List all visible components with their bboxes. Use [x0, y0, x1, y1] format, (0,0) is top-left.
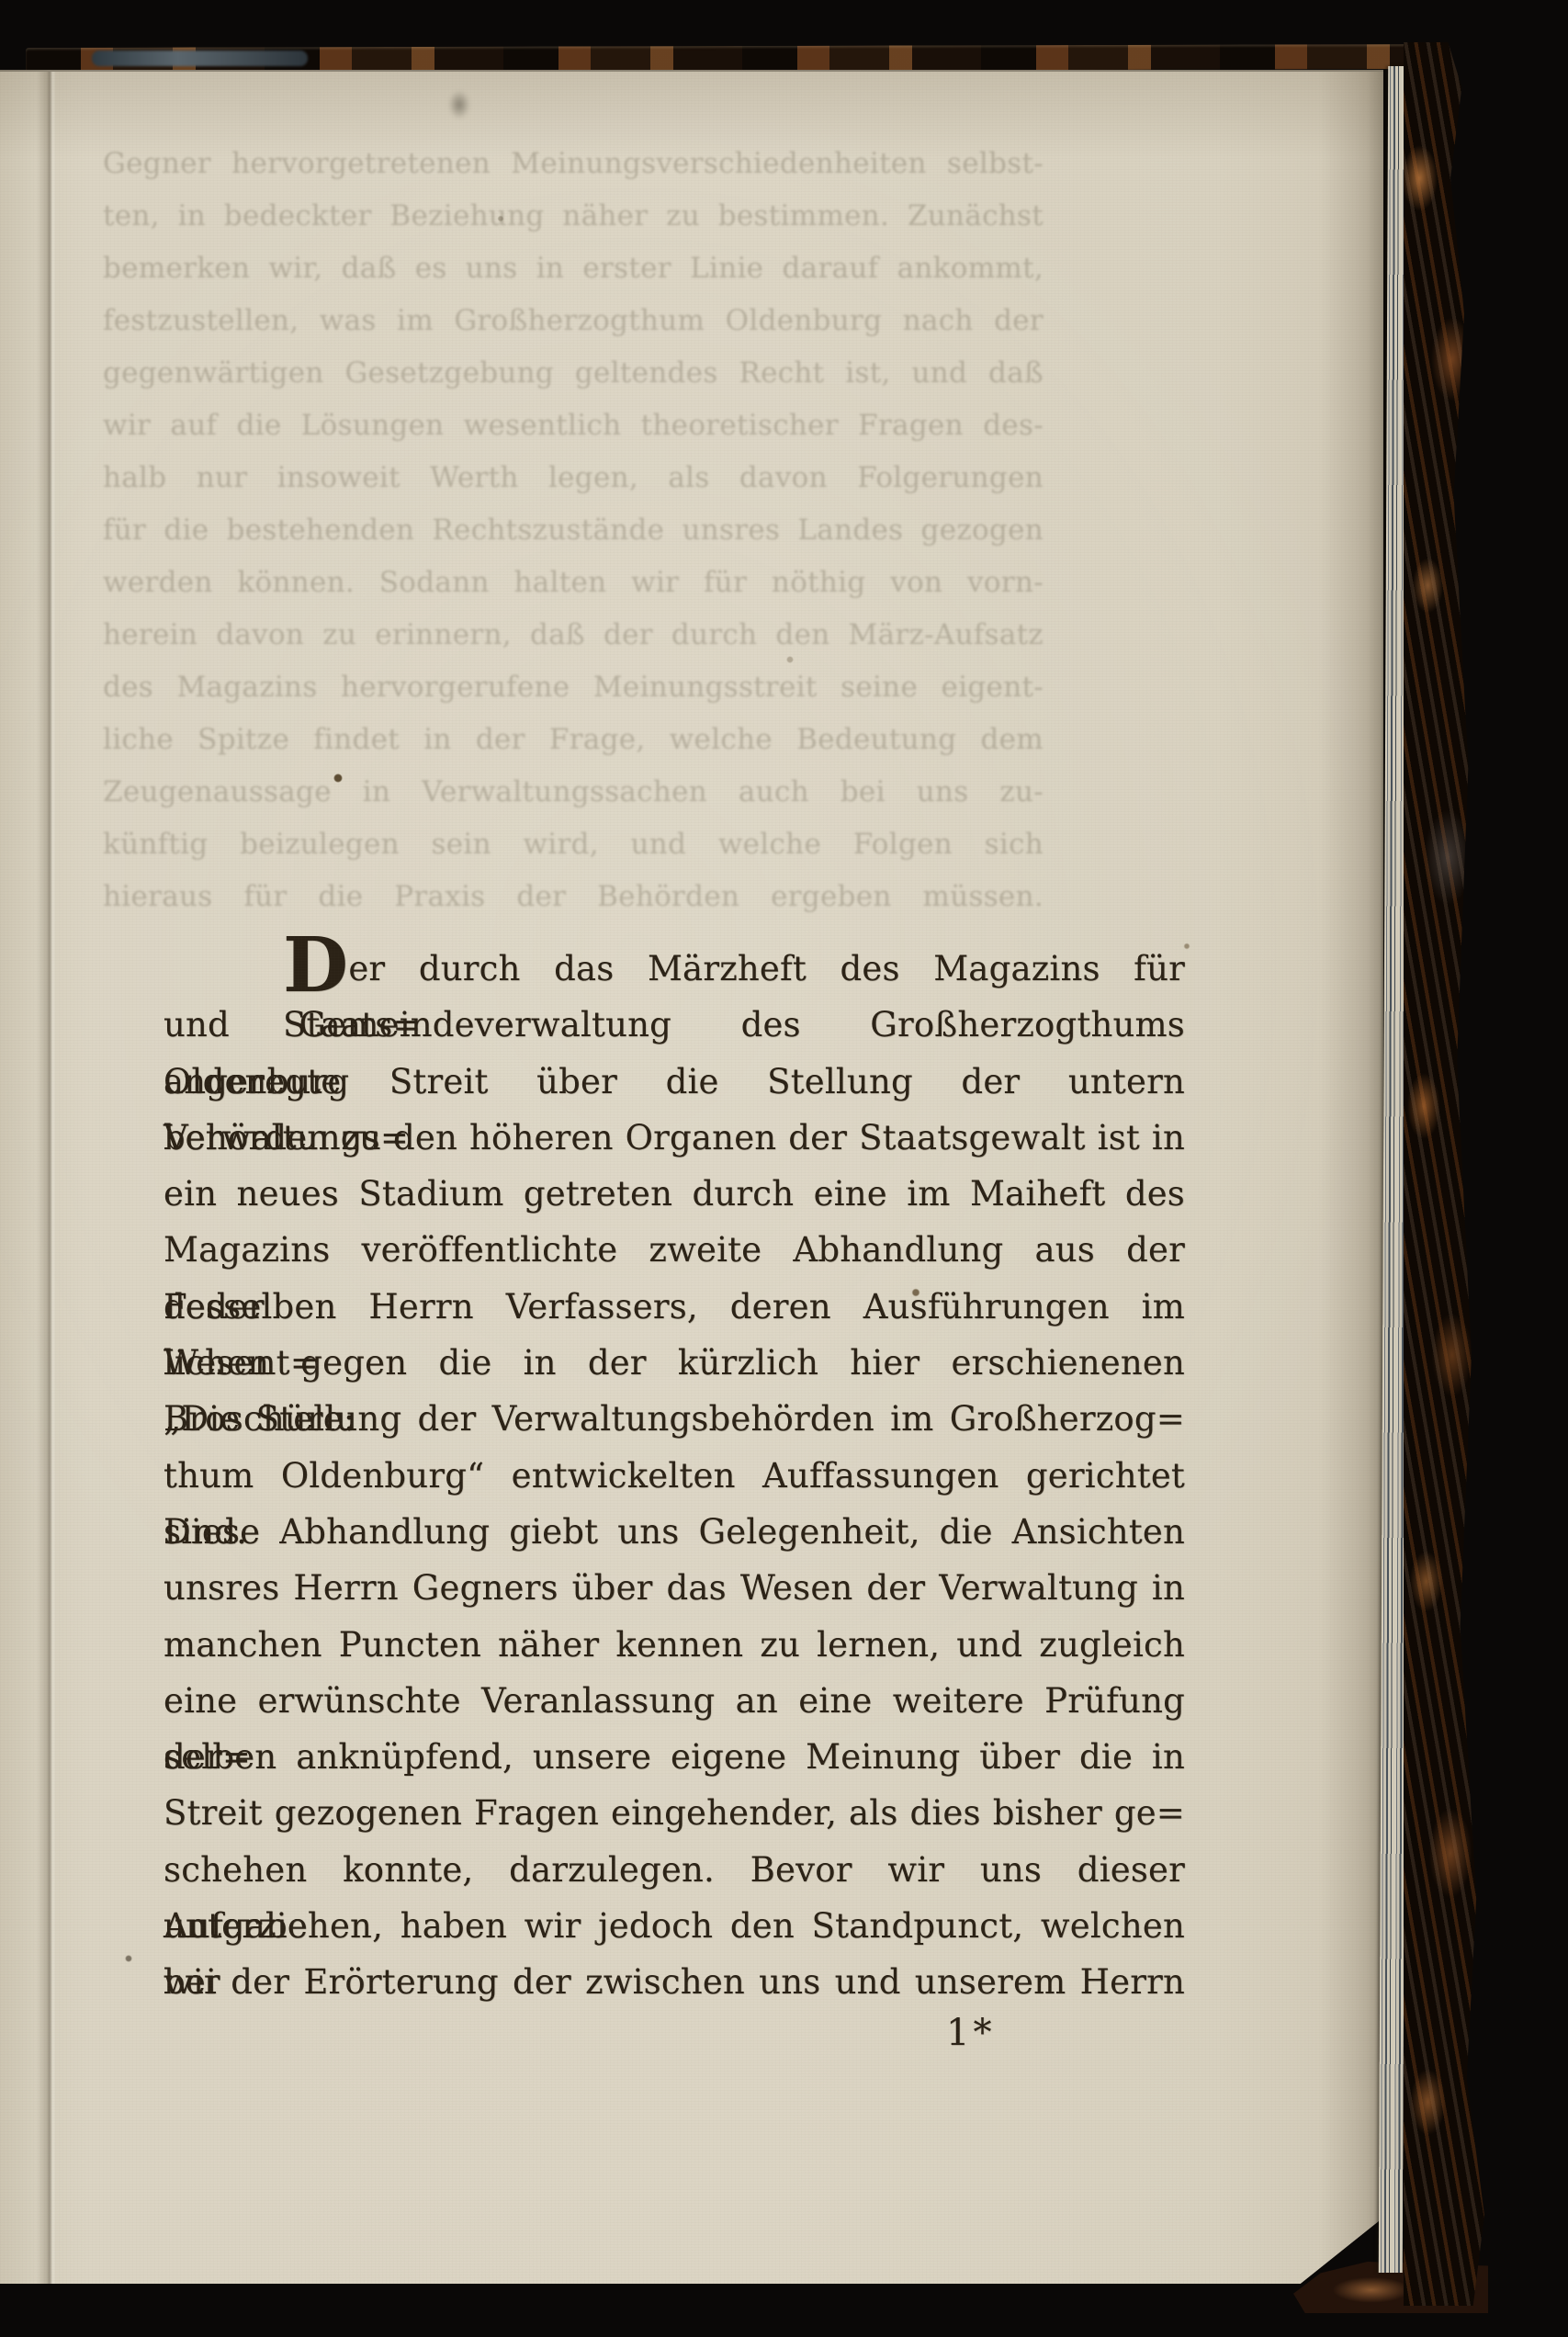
- body-line: manchen Puncten näher kennen zu lernen, …: [164, 1617, 1185, 1673]
- book-page: Gegner hervorgetretenen Meinungsverschie…: [0, 70, 1383, 2284]
- body-line: und Gemeindeverwaltung des Großherzogthu…: [164, 997, 1185, 1053]
- bleedthrough-line: werden können. Sodann halten wir für nöt…: [103, 557, 1043, 609]
- body-line: „Die Stellung der Verwaltungsbehörden im…: [164, 1391, 1185, 1447]
- bleedthrough-line: festzustellen, was im Großherzogthum Old…: [103, 295, 1043, 347]
- body-line: unterziehen, haben wir jedoch den Standp…: [164, 1898, 1185, 1954]
- body-lines: und Gemeindeverwaltung des Großherzogthu…: [164, 997, 1185, 2010]
- body-line: unsres Herrn Gegners über das Wesen der …: [164, 1560, 1185, 1616]
- bleedthrough-line: herein davon zu erinnern, daß der durch …: [103, 609, 1043, 661]
- bleedthrough-line: hieraus für die Praxis der Behörden erge…: [103, 871, 1043, 923]
- bleedthrough-line: ten, in bedeckter Beziehung näher zu bes…: [103, 190, 1043, 243]
- page-number: 1*: [946, 2012, 1056, 2054]
- bleedthrough-line: halb nur insoweit Werth legen, als davon…: [103, 452, 1043, 504]
- ink-smudge: [448, 90, 470, 119]
- body-line: Magazins veröffentlichte zweite Abhandlu…: [164, 1222, 1185, 1278]
- body-line: bei der Erörterung der zwischen uns und …: [164, 1954, 1185, 2010]
- body-line: selben anknüpfend, unsere eigene Meinung…: [164, 1729, 1185, 1785]
- page-crease: [37, 72, 61, 2284]
- body-line: lichen gegen die in der kürzlich hier er…: [164, 1335, 1185, 1391]
- bleedthrough-text: Gegner hervorgetretenen Meinungsverschie…: [103, 138, 1043, 923]
- bleedthrough-line: künftig beizulegen sein wird, und welche…: [103, 819, 1043, 871]
- bleedthrough-line: wir auf die Lösungen wesentlich theoreti…: [103, 400, 1043, 452]
- body-line: ein neues Stadium getreten durch eine im…: [164, 1166, 1185, 1222]
- body-line: schehen konnte, darzulegen. Bevor wir un…: [164, 1842, 1185, 1898]
- book-cover-marbled-edge: [1404, 42, 1484, 2306]
- book-scan: Gegner hervorgetretenen Meinungsverschie…: [0, 0, 1568, 2337]
- bleedthrough-line: gegenwärtigen Gesetzgebung geltendes Rec…: [103, 347, 1043, 400]
- page-right-shadow: [1319, 72, 1383, 2284]
- body-text: Der durch das Märzheft des Magazins für …: [164, 941, 1185, 2011]
- bleedthrough-line: bemerken wir, daß es uns in erster Linie…: [103, 243, 1043, 295]
- body-line: Diese Abhandlung giebt uns Gelegenheit, …: [164, 1504, 1185, 1560]
- body-line-first: Der durch das Märzheft des Magazins für …: [164, 941, 1185, 997]
- cover-corner-highlight: [92, 51, 308, 66]
- bleedthrough-line: des Magazins hervorgerufene Meinungsstre…: [103, 661, 1043, 714]
- body-line: desselben Herrn Verfassers, deren Ausfüh…: [164, 1279, 1185, 1335]
- bleedthrough-line: Gegner hervorgetretenen Meinungsverschie…: [103, 138, 1043, 190]
- bleedthrough-line: Zeugenaussage in Verwaltungssachen auch …: [103, 766, 1043, 819]
- body-line: Streit gezogenen Fragen eingehender, als…: [164, 1785, 1185, 1841]
- bleedthrough-line: für die bestehenden Rechtszustände unsre…: [103, 504, 1043, 557]
- bleedthrough-line: liche Spitze findet in der Frage, welche…: [103, 714, 1043, 766]
- body-line: angeregte Streit über die Stellung der u…: [164, 1054, 1185, 1110]
- body-line: thum Oldenburg“ entwickelten Auffassunge…: [164, 1448, 1185, 1504]
- body-line: behörden zu den höheren Organen der Staa…: [164, 1110, 1185, 1166]
- body-line: eine erwünschte Veranlassung an eine wei…: [164, 1673, 1185, 1729]
